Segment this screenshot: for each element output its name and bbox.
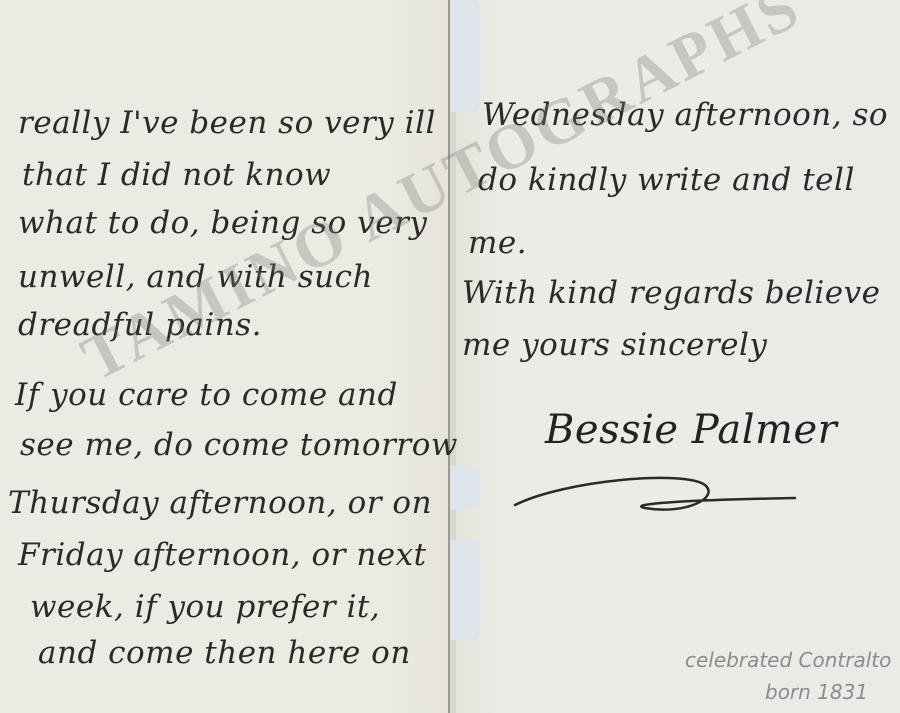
letter-line: Friday afternoon, or next (18, 540, 427, 571)
letter-line: With kind regards believe (462, 278, 881, 309)
letter-line: unwell, and with such (18, 262, 373, 293)
signature: Bessie Palmer (545, 410, 837, 450)
paper-tear (450, 465, 480, 510)
letter-scan: really I've been so very ill that I did … (0, 0, 900, 713)
letter-line: me. (468, 228, 527, 259)
pencil-note-line1: celebrated Contralto (685, 648, 891, 672)
letter-line: what to do, being so very (18, 208, 427, 239)
signature-flourish-icon (505, 460, 805, 520)
letter-line: dreadful pains. (18, 310, 262, 341)
letter-line: Thursday afternoon, or on (8, 488, 432, 519)
pencil-note-line2: born 1831 (765, 680, 868, 704)
paper-tear (450, 540, 480, 640)
letter-line: and come then here on (38, 638, 411, 669)
letter-line: me yours sincerely (462, 330, 767, 361)
letter-line: see me, do come tomorrow (20, 430, 458, 461)
letter-line: really I've been so very ill (18, 108, 436, 139)
letter-line: that I did not know (22, 160, 331, 191)
paper-tear (450, 0, 480, 112)
fold-line (448, 0, 450, 713)
letter-line: Wednesday afternoon, so (482, 100, 888, 131)
letter-line: week, if you prefer it, (30, 592, 380, 623)
letter-line: do kindly write and tell (478, 165, 855, 196)
letter-line: If you care to come and (15, 380, 398, 411)
